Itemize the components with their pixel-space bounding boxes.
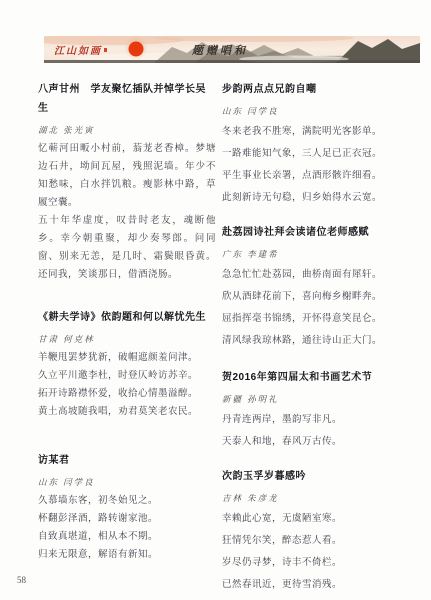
banner-calligraphy-left-text: 江山如画	[54, 42, 102, 57]
poem-line: 拓开诗路襟怀爱，收拾心情墨溢醇。	[38, 385, 216, 403]
banner-calligraphy-center: 题赠唱和	[192, 36, 248, 63]
poem-body: 忆蕲河田畈小村前，蓊茏老香樟。梦塘边石井，坳间瓦屋，残照泥墙。年少不知愁味，白水…	[38, 140, 216, 284]
poem-line: 黄土高坡随我唱，劝君莫笑老农民。	[38, 403, 216, 421]
banner-calligraphy-center-text: 题赠唱和	[192, 42, 248, 58]
poem-line: 欣从酒肆花前下，喜向梅乡榭畔奔。	[222, 286, 412, 308]
poem-line: 清风绿我琼林路，通往诗山正大门。	[222, 330, 412, 352]
poem-line: 杯翻彭泽酒，路转谢家池。	[38, 510, 216, 528]
poem-author: 甘肃 何克林	[38, 333, 216, 345]
poem-line: 此刻新诗无句稳，归乡始得水云宽。	[222, 187, 412, 209]
poem-line: 久立平川邀李杜，时登仄岭访苏辛。	[38, 367, 216, 385]
poem-author: 新疆 孙明礼	[222, 393, 412, 405]
magazine-page: 江山如画 题赠唱和 八声甘州 学友聚忆插队并悼学长吴生 湖北 张光寅 忆蕲河田畈…	[0, 0, 431, 600]
poem-body: 久慕墙东客，初冬始见之。 杯翻彭泽酒，路转谢家池。 自致真堪道，相从本不期。 归…	[38, 492, 216, 564]
right-column: 步韵两点点兄韵自嘲 山东 闫学良 冬来老我不胜寒，满院明光客影单。 一路难能知气…	[222, 80, 412, 596]
poem-title: 次韵玉孚岁暮感吟	[222, 467, 412, 486]
poem-stanza: 五十年华虚度，叹昔时老友，魂断他乡。幸今朝重聚，却少奏琴郎。问同窗、别来无恙，是…	[38, 212, 216, 284]
poem-fangmoujun: 访某君 山东 闫学良 久慕墙东客，初冬始见之。 杯翻彭泽酒，路转谢家池。 自致真…	[38, 451, 216, 564]
poem-line: 平生事业长亲署，点酒形骸许细看。	[222, 165, 412, 187]
left-column: 八声甘州 学友聚忆插队并悼学长吴生 湖北 张光寅 忆蕲河田畈小村前，蓊茏老香樟。…	[38, 80, 216, 564]
poem-body: 羊鞭甩罢梦犹新，破帽遮颜羞问津。 久立平川邀李杜，时登仄岭访苏辛。 拓开诗路襟怀…	[38, 349, 216, 421]
poem-buyun-zichao: 步韵两点点兄韵自嘲 山东 闫学良 冬来老我不胜寒，满院明光客影单。 一路难能知气…	[222, 80, 412, 209]
poem-line: 归来无限意，解语有新知。	[38, 546, 216, 564]
poem-fuliyuan: 赴荔园诗社拜会读诸位老师感赋 广东 李建希 急急忙忙赴荔园，曲桥南面有犀轩。 欣…	[222, 223, 412, 352]
poem-author: 山东 闫学良	[222, 105, 412, 117]
poem-body: 急急忙忙赴荔园，曲桥南面有犀轩。 欣从酒肆花前下，喜向梅乡榭畔奔。 屈指挥毫书锦…	[222, 264, 412, 352]
poem-author: 山东 闫学良	[38, 476, 216, 488]
poem-title: 赴荔园诗社拜会读诸位老师感赋	[222, 223, 412, 242]
poem-author: 吉林 朱彦龙	[222, 492, 412, 504]
sun-icon	[129, 42, 144, 57]
poem-line: 久慕墙东客，初冬始见之。	[38, 492, 216, 510]
poem-line: 急急忙忙赴荔园，曲桥南面有犀轩。	[222, 264, 412, 286]
poem-line: 已然春讯近，更待雪消残。	[222, 574, 412, 596]
poem-author: 广东 李建希	[222, 248, 412, 260]
poem-gengfuxueshi: 《耕夫学诗》依韵题和何以解忧先生 甘肃 何克林 羊鞭甩罢梦犹新，破帽遮颜羞问津。…	[38, 308, 216, 421]
poem-line: 丹青连两岸，墨韵写非凡。	[222, 409, 412, 431]
poem-author: 湖北 张光寅	[38, 124, 216, 136]
poem-title: 访某君	[38, 451, 216, 470]
poem-line: 一路难能知气象，三人足已正衣冠。	[222, 143, 412, 165]
seal-mark-icon	[104, 48, 107, 52]
poem-title: 步韵两点点兄韵自嘲	[222, 80, 412, 99]
poem-he2016: 贺2016年第四届太和书画艺术节 新疆 孙明礼 丹青连两岸，墨韵写非凡。 天泰人…	[222, 368, 412, 453]
poem-line: 羊鞭甩罢梦犹新，破帽遮颜羞问津。	[38, 349, 216, 367]
page-number: 58	[17, 575, 26, 585]
poem-title: 贺2016年第四届太和书画艺术节	[222, 368, 412, 387]
header-banner: 江山如画 题赠唱和	[44, 36, 420, 63]
poem-line: 自致真堪道，相从本不期。	[38, 528, 216, 546]
poem-line: 冬来老我不胜寒，满院明光客影单。	[222, 121, 412, 143]
poem-line: 幸赖此心宽，无虞陋室寒。	[222, 508, 412, 530]
poem-line: 狂情凭尔笑，醉态惹人看。	[222, 530, 412, 552]
poem-bashengganzhou: 八声甘州 学友聚忆插队并悼学长吴生 湖北 张光寅 忆蕲河田畈小村前，蓊茏老香樟。…	[38, 80, 216, 284]
poem-ciyun-yufu: 次韵玉孚岁暮感吟 吉林 朱彦龙 幸赖此心宽，无虞陋室寒。 狂情凭尔笑，醉态惹人看…	[222, 467, 412, 596]
poem-line: 屈指挥毫书锦绣，开怀得意笑昆仑。	[222, 308, 412, 330]
poem-line: 天泰人和地，春风万古传。	[222, 431, 412, 453]
poem-body: 丹青连两岸，墨韵写非凡。 天泰人和地，春风万古传。	[222, 409, 412, 453]
poem-title: 八声甘州 学友聚忆插队并悼学长吴生	[38, 80, 216, 118]
poem-body: 冬来老我不胜寒，满院明光客影单。 一路难能知气象，三人足已正衣冠。 平生事业长亲…	[222, 121, 412, 209]
banner-calligraphy-left: 江山如画	[54, 36, 107, 63]
poem-line: 岁尽仍寻梦，诗丰不倚栏。	[222, 552, 412, 574]
poem-body: 幸赖此心宽，无虞陋室寒。 狂情凭尔笑，醉态惹人看。 岁尽仍寻梦，诗丰不倚栏。 已…	[222, 508, 412, 596]
poem-stanza: 忆蕲河田畈小村前，蓊茏老香樟。梦塘边石井，坳间瓦屋，残照泥墙。年少不知愁味，白水…	[38, 140, 216, 212]
poem-title: 《耕夫学诗》依韵题和何以解忧先生	[38, 308, 216, 327]
